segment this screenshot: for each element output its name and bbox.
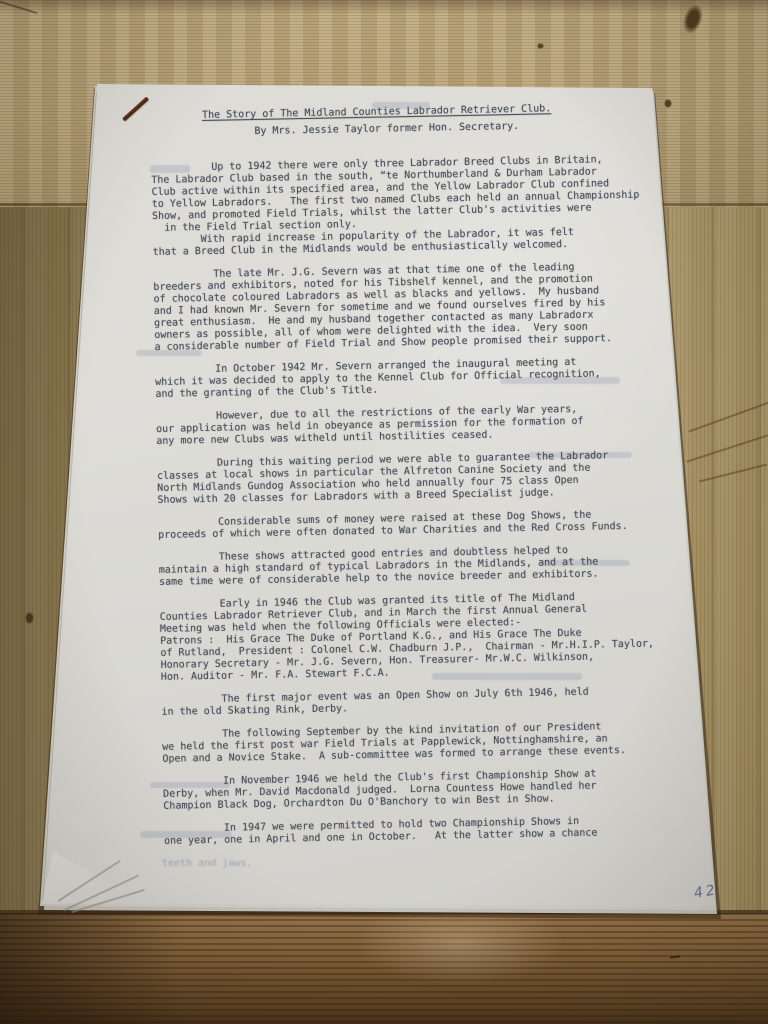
paragraph: However, due to all the restrictions of … [156,402,677,448]
photo-of-typewritten-document: teeth and jaws. The Story of The Midland… [0,0,768,1024]
document-body: Up to 1942 there were only three Labrado… [151,153,684,848]
paragraph: In October 1942 Mr. Severn arranged the … [155,355,676,401]
paragraph: Early in 1946 the Club was granted its t… [159,590,681,684]
paragraph: The first major event was an Open Show o… [161,685,681,719]
paragraph: In November 1946 we held the Club's firs… [163,767,684,813]
bleedthrough-text: teeth and jaws. [162,858,252,869]
paragraph: The late Mr. J.G. Severn was at that tim… [153,260,675,354]
typewritten-text-block: The Story of The Midland Counties Labrad… [150,101,684,848]
paragraph: The following September by the kind invi… [162,720,683,766]
paragraph: During this waiting period we were able … [157,449,678,507]
wood-knot [25,612,34,624]
wood-knot [537,43,544,49]
paragraph: Considerable sums of money were raised a… [158,508,678,542]
paragraph: Up to 1942 there were only three Labrado… [151,153,673,259]
wood-plank-bottom [0,913,768,1024]
paragraph: These shows attracted good entries and d… [158,543,679,589]
